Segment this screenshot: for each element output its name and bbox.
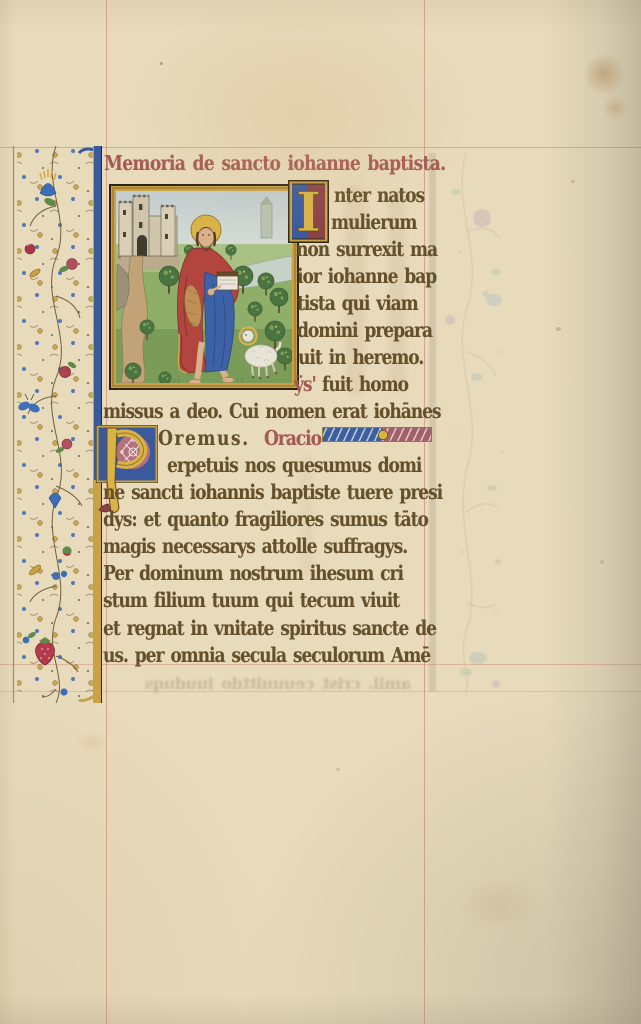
text-line: erpetuis nos quesumus domi (167, 453, 421, 479)
text-line: non surrexit ma (296, 237, 437, 263)
text-line: mulierum (331, 210, 416, 236)
verso-floral-showthrough (436, 152, 524, 692)
svg-text:I: I (296, 180, 321, 244)
initial-i: I (287, 179, 330, 244)
text-line: Per dominum nostrum ihesum cri (103, 561, 403, 587)
text-line: tista qui viam (297, 291, 418, 317)
miniature-st-john-baptist (109, 184, 299, 390)
stain (118, 256, 121, 259)
text-line: fuit homo (322, 372, 408, 398)
text-line: uit in heremo. (298, 345, 423, 371)
text-line: ior iohanne bap (297, 264, 436, 290)
border-berry-red (25, 244, 35, 254)
castle (117, 196, 181, 272)
distant-tower (260, 196, 273, 238)
text-line: domini prepara (297, 318, 432, 344)
text-line: us. per omnia secula seculorum Amē (103, 643, 430, 669)
text-line: missus a deo. Cui nomen erat iohānes (103, 399, 440, 425)
stain (556, 327, 561, 331)
text-line: ne sancti iohannis baptiste tuere presi (103, 480, 442, 506)
text-line: dys: et quanto fragiliores sumus tāto (103, 507, 428, 533)
oremus-label: Oremus. (158, 426, 250, 452)
text-line: stum filium tuum qui tecum viuit (103, 588, 399, 614)
verso-text-showthrough: amil. crist ceuuuittdo iuuduqs (128, 674, 428, 693)
line-filler-bar (322, 427, 432, 442)
text-line: et regnat in vnitate spiritus sancte de (103, 616, 436, 642)
manuscript-page: Memoria de sancto iohanne baptista. (0, 0, 641, 1024)
stain (336, 768, 340, 771)
oracio-heading: Oracio (264, 426, 321, 452)
stain (160, 62, 163, 65)
book (217, 276, 238, 290)
text-line: magis necessarys attolle suffragys. (103, 534, 407, 560)
floral-border (12, 146, 102, 703)
rubric: Memoria de sancto iohanne baptista. (104, 151, 445, 177)
stain (571, 180, 575, 183)
border-flower-blue-bottom (60, 688, 67, 695)
text-line: nter natos (334, 183, 424, 209)
versicle-marker: ÿs' (294, 372, 316, 398)
stain (600, 560, 604, 564)
